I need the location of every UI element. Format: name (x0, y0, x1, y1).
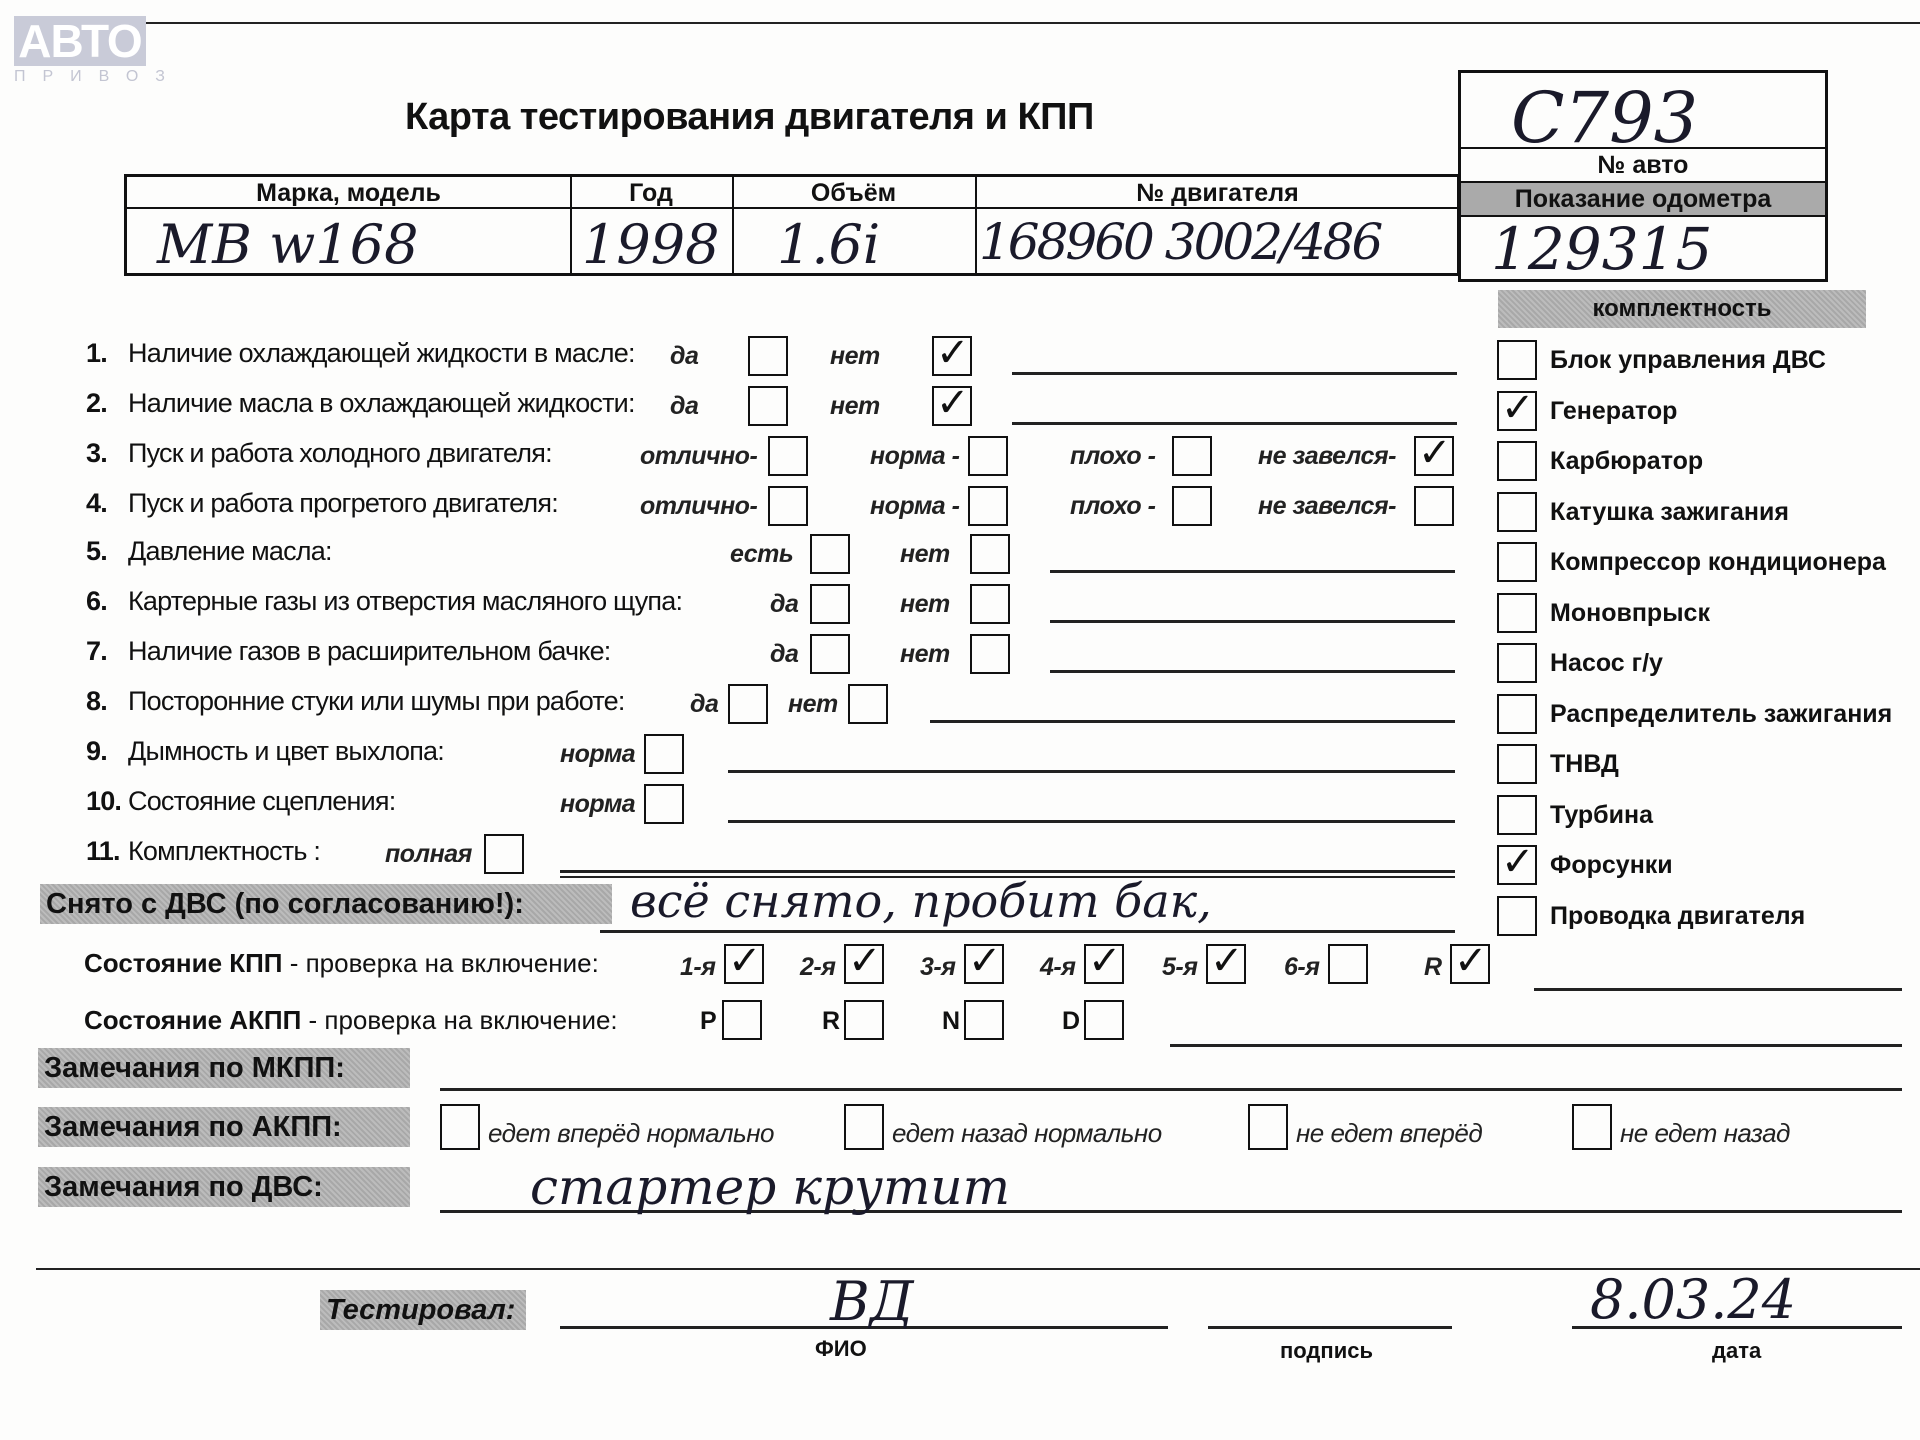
option-checkbox[interactable] (484, 834, 524, 874)
completeness-checkbox[interactable] (1497, 492, 1537, 532)
tester-name[interactable]: ВД (830, 1270, 914, 1333)
option-label: плохо - (1070, 442, 1155, 471)
option-label: нет (900, 540, 950, 569)
option-label: да (690, 690, 718, 719)
option-label: плохо - (1070, 492, 1155, 521)
question-text: Посторонние стуки или шумы при работе: (128, 686, 625, 717)
notes-line[interactable] (560, 870, 1455, 873)
auto-number-box: C793 № авто Показание одометра 129315 (1458, 70, 1828, 282)
header-year: Год (570, 179, 732, 208)
option-checkbox[interactable] (644, 734, 684, 774)
kpp-label-bold: Состояние КПП (84, 948, 283, 978)
option-label: нет (900, 640, 950, 669)
checkmark-icon: ✓ (1501, 839, 1535, 885)
completeness-item-label: Генератор (1550, 397, 1677, 426)
kpp-line (1534, 988, 1902, 991)
question-number: 6. (86, 586, 107, 617)
gear-label: 1-я (680, 953, 715, 982)
option-label: нет (900, 590, 950, 619)
completeness-item-label: Проводка двигателя (1550, 902, 1805, 931)
odometer-value[interactable]: 129315 (1491, 215, 1712, 283)
gear-checkbox[interactable] (1328, 944, 1368, 984)
option-label: норма - (870, 492, 959, 521)
remarks-dvs-label: Замечания по ДВС: (38, 1167, 410, 1207)
mode-label: P (700, 1007, 717, 1036)
option-checkbox[interactable] (848, 684, 888, 724)
gear-label: 2-я (800, 953, 835, 982)
completeness-item-label: Компрессор кондиционера (1550, 548, 1886, 577)
completeness-item-label: Насос г/у (1550, 649, 1663, 678)
option-checkbox[interactable] (1172, 436, 1212, 476)
option-label: есть (730, 540, 793, 569)
option-checkbox[interactable] (968, 436, 1008, 476)
name-caption: ФИО (815, 1336, 867, 1362)
gear-checkbox[interactable]: ✓ (724, 944, 764, 984)
question-number: 2. (86, 388, 107, 419)
option-checkbox[interactable] (728, 684, 768, 724)
checkmark-icon: ✓ (1418, 430, 1452, 476)
option-label: не завелся- (1258, 492, 1396, 521)
header-volume: Объём (732, 179, 975, 208)
option-label: отлично- (640, 442, 757, 471)
option-label: нет (830, 392, 880, 421)
completeness-checkbox[interactable] (1497, 694, 1537, 734)
mode-checkbox[interactable] (1084, 1000, 1124, 1040)
completeness-checkbox[interactable] (1497, 744, 1537, 784)
question-number: 9. (86, 736, 107, 767)
option-checkbox[interactable] (968, 486, 1008, 526)
checkmark-icon: ✓ (1454, 938, 1488, 984)
question-text: Давление масла: (128, 536, 332, 567)
signature-line[interactable] (1208, 1326, 1452, 1329)
option-checkbox[interactable] (748, 336, 788, 376)
option-checkbox[interactable] (1414, 486, 1454, 526)
akpp-remark-checkbox[interactable] (440, 1104, 480, 1150)
question-text: Комплектность : (128, 836, 320, 867)
gear-checkbox[interactable]: ✓ (1450, 944, 1490, 984)
option-checkbox[interactable] (970, 584, 1010, 624)
removed-note[interactable]: всё снято, пробит бак, (630, 874, 1212, 928)
option-checkbox[interactable] (644, 784, 684, 824)
remarks-mkpp-line[interactable] (440, 1088, 1902, 1091)
gear-checkbox[interactable]: ✓ (1206, 944, 1246, 984)
odometer-label: Показание одометра (1461, 183, 1825, 215)
remarks-akpp-label: Замечания по АКПП: (38, 1107, 410, 1147)
page-title: Карта тестирования двигателя и КПП (405, 96, 1094, 139)
akpp-remark-label: не едет вперёд (1296, 1118, 1482, 1149)
completeness-checkbox[interactable] (1497, 593, 1537, 633)
completeness-header: комплектность (1498, 290, 1866, 328)
make-model-value[interactable]: MB w168 (157, 213, 418, 276)
question-number: 4. (86, 488, 107, 519)
header-make-model: Марка, модель (127, 179, 570, 208)
question-text: Наличие охлаждающей жидкости в масле: (128, 338, 635, 369)
mode-label: D (1062, 1007, 1080, 1036)
akpp-label-bold: Состояние АКПП (84, 1005, 301, 1035)
option-label: да (770, 590, 798, 619)
completeness-item-label: Форсунки (1550, 851, 1673, 880)
notes-line[interactable] (1012, 372, 1457, 375)
option-label: норма (560, 740, 635, 769)
option-checkbox[interactable]: ✓ (932, 386, 972, 426)
year-value[interactable]: 1998 (582, 213, 719, 276)
notes-line[interactable] (1012, 422, 1457, 425)
question-text: Картерные газы из отверстия масляного щу… (128, 586, 682, 617)
akpp-label-rest: - проверка на включение: (301, 1005, 617, 1035)
akpp-label: Состояние АКПП - проверка на включение: (84, 1005, 618, 1036)
mode-label: N (942, 1007, 960, 1036)
gear-checkbox[interactable]: ✓ (844, 944, 884, 984)
logo-subtitle: ПРИВОЗ (14, 68, 154, 86)
option-checkbox[interactable] (810, 584, 850, 624)
notes-line[interactable] (728, 770, 1455, 773)
completeness-checkbox[interactable]: ✓ (1497, 845, 1537, 885)
mode-label: R (822, 1007, 840, 1036)
date-caption: дата (1712, 1338, 1761, 1364)
completeness-checkbox[interactable]: ✓ (1497, 391, 1537, 431)
remarks-mkpp-label: Замечания по МКПП: (38, 1048, 410, 1088)
completeness-checkbox[interactable] (1497, 340, 1537, 380)
akpp-remark-label: едет назад нормально (892, 1118, 1162, 1149)
akpp-remark-label: едет вперёд нормально (488, 1118, 774, 1149)
gear-label: 4-я (1040, 953, 1075, 982)
option-label: не завелся- (1258, 442, 1396, 471)
tested-by-label: Тестировал: (320, 1290, 526, 1330)
completeness-item-label: Распределитель зажигания (1550, 700, 1892, 729)
kpp-label: Состояние КПП - проверка на включение: (84, 948, 599, 979)
completeness-item-label: Моновпрыск (1550, 599, 1710, 628)
checkmark-icon: ✓ (1501, 385, 1535, 431)
option-checkbox[interactable] (970, 534, 1010, 574)
header-engine-number: № двигателя (975, 179, 1460, 208)
option-label: норма - (870, 442, 959, 471)
gear-label: 5-я (1162, 953, 1197, 982)
question-number: 3. (86, 438, 107, 469)
option-label: полная (385, 840, 472, 869)
mode-checkbox[interactable] (722, 1000, 762, 1040)
completeness-checkbox[interactable] (1497, 896, 1537, 936)
completeness-checkbox[interactable] (1497, 542, 1537, 582)
kpp-label-rest: - проверка на включение: (283, 948, 599, 978)
checkmark-icon: ✓ (936, 330, 970, 376)
date-value[interactable]: 8.03.24 (1590, 1268, 1796, 1331)
option-label: да (670, 392, 698, 421)
question-text: Наличие масла в охлаждающей жидкости: (128, 388, 635, 419)
remarks-dvs-note[interactable]: стартер крутит (530, 1158, 1010, 1216)
question-text: Пуск и работа холодного двигателя: (128, 438, 552, 469)
notes-line[interactable] (1050, 620, 1455, 623)
akpp-remark-checkbox[interactable] (1572, 1104, 1612, 1150)
gear-label: 6-я (1284, 953, 1319, 982)
akpp-remark-checkbox[interactable] (1248, 1104, 1288, 1150)
completeness-item-label: Карбюратор (1550, 447, 1703, 476)
auto-number-label: № авто (1461, 151, 1825, 180)
question-number: 8. (86, 686, 107, 717)
option-label: норма (560, 790, 635, 819)
question-text: Наличие газов в расширительном бачке: (128, 636, 611, 667)
volume-value[interactable]: 1.6i (777, 213, 880, 276)
completeness-checkbox[interactable] (1497, 643, 1537, 683)
option-checkbox[interactable] (810, 634, 850, 674)
checkmark-icon: ✓ (936, 380, 970, 426)
question-number: 11. (86, 836, 120, 867)
completeness-item-label: Катушка зажигания (1550, 498, 1789, 527)
option-checkbox[interactable] (1172, 486, 1212, 526)
notes-line[interactable] (1050, 570, 1455, 573)
mode-checkbox[interactable] (964, 1000, 1004, 1040)
engine-number-value[interactable]: 168960 3002/486 (979, 213, 1380, 271)
completeness-checkbox[interactable] (1497, 441, 1537, 481)
akpp-remark-checkbox[interactable] (844, 1104, 884, 1150)
option-checkbox[interactable]: ✓ (1414, 436, 1454, 476)
checkmark-icon: ✓ (848, 938, 882, 984)
notes-line[interactable] (1050, 670, 1455, 673)
option-checkbox[interactable] (768, 436, 808, 476)
logo: АВТО (14, 16, 146, 66)
notes-line[interactable] (930, 720, 1455, 723)
vehicle-table: Марка, модель Год Объём № двигателя MB w… (124, 174, 1460, 276)
gear-checkbox[interactable]: ✓ (964, 944, 1004, 984)
checkmark-icon: ✓ (728, 938, 762, 984)
notes-line[interactable] (728, 820, 1455, 823)
completeness-item-label: Блок управления ДВС (1550, 346, 1826, 375)
signature-caption: подпись (1280, 1338, 1373, 1364)
question-number: 7. (86, 636, 107, 667)
question-text: Пуск и работа прогретого двигателя: (128, 488, 558, 519)
question-number: 5. (86, 536, 107, 567)
completeness-checkbox[interactable] (1497, 795, 1537, 835)
option-label: нет (788, 690, 838, 719)
gear-checkbox[interactable]: ✓ (1084, 944, 1124, 984)
question-text: Состояние сцепления: (128, 786, 395, 817)
question-number: 1. (86, 338, 107, 369)
removed-label: Снято с ДВС (по согласованию!): (40, 884, 612, 924)
checkmark-icon: ✓ (968, 938, 1002, 984)
question-text: Дымность и цвет выхлопа: (128, 736, 444, 767)
akpp-line (1170, 1044, 1902, 1047)
mode-checkbox[interactable] (844, 1000, 884, 1040)
option-label: да (670, 342, 698, 371)
option-checkbox[interactable] (970, 634, 1010, 674)
gear-label: R (1424, 953, 1442, 982)
checkmark-icon: ✓ (1210, 938, 1244, 984)
option-checkbox[interactable] (810, 534, 850, 574)
option-checkbox[interactable] (768, 486, 808, 526)
checkmark-icon: ✓ (1088, 938, 1122, 984)
option-label: да (770, 640, 798, 669)
akpp-remark-label: не едет назад (1620, 1118, 1790, 1149)
option-checkbox[interactable] (748, 386, 788, 426)
question-number: 10. (86, 786, 121, 817)
option-label: отлично- (640, 492, 757, 521)
option-checkbox[interactable]: ✓ (932, 336, 972, 376)
removed-line (600, 930, 1455, 933)
completeness-item-label: Турбина (1550, 801, 1653, 830)
option-label: нет (830, 342, 880, 371)
gear-label: 3-я (920, 953, 955, 982)
top-rule (30, 22, 1920, 24)
completeness-item-label: ТНВД (1550, 750, 1619, 779)
